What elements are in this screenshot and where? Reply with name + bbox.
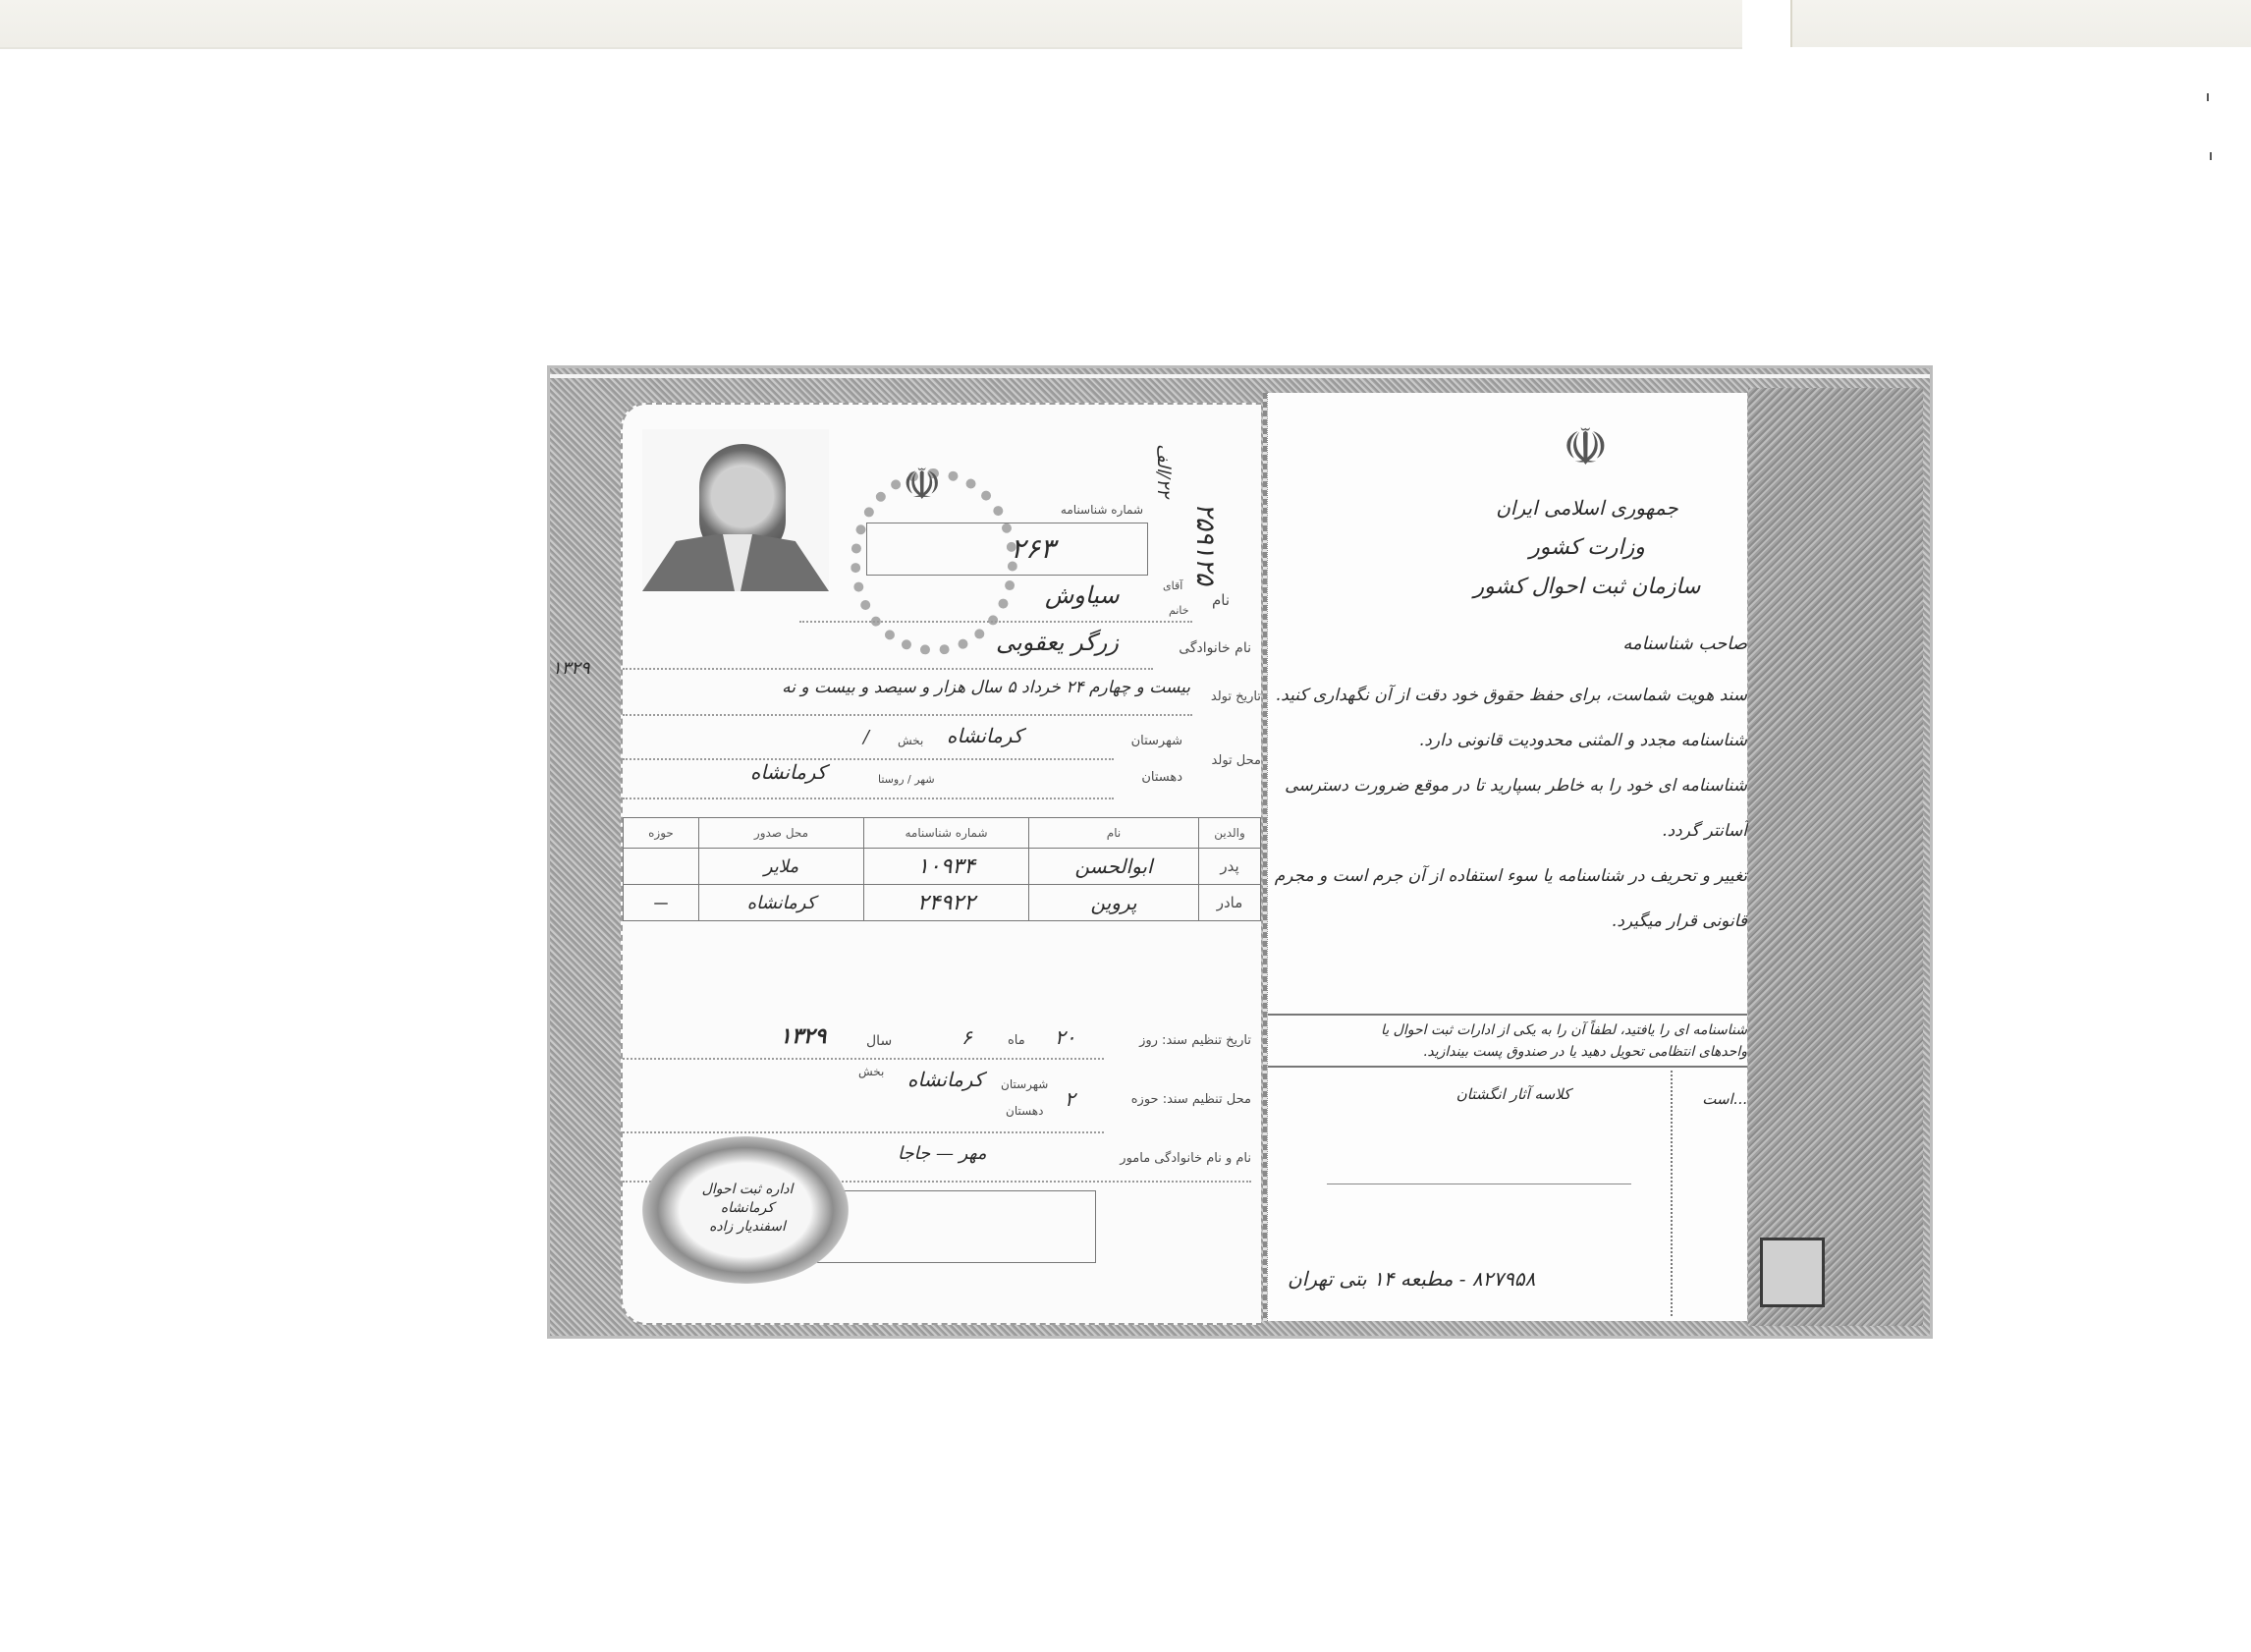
- header-organization: سازمان ثبت احوال کشور: [1445, 575, 1729, 599]
- officer-value: مهر — جاجا: [898, 1143, 987, 1164]
- dehestan-label: دهستان: [1114, 770, 1182, 785]
- title-mr: آقای: [1163, 579, 1182, 592]
- series-code: ۲۲/الف: [1153, 444, 1174, 498]
- header-ministry: وزارت کشور: [1464, 535, 1710, 560]
- left-page: ☫ ۲۲/الف ۲۵۹۱۲۵ شماره شناسنامه ۲۶۳ نام آ…: [621, 403, 1261, 1325]
- serial-number: ۲۵۹۱۲۵: [1190, 503, 1220, 585]
- birth-date-value: بیست و چهارم ۲۴ خرداد ۵ سال هزار و سیصد …: [623, 678, 1190, 697]
- signature-box: [817, 1190, 1096, 1263]
- birth-year-margin: ۱۳۲۹: [552, 658, 590, 679]
- scan-top-edge-left: [0, 0, 1742, 49]
- first-name-value: سیاوش: [1045, 581, 1120, 609]
- table-header-row: والدین نام شماره شناسنامه محل صدور حوزه: [624, 818, 1261, 849]
- notice-title: صاحب شناسنامه: [1513, 633, 1747, 654]
- title-ms: خانم: [1169, 604, 1189, 617]
- issue-date-label: تاریخ تنظیم سند: روز: [1104, 1033, 1251, 1048]
- corner-stamp-icon: [1760, 1238, 1825, 1307]
- parents-table: والدین نام شماره شناسنامه محل صدور حوزه …: [623, 817, 1261, 921]
- fingerprint-label: کلاسه آثار انگشتان: [1386, 1085, 1641, 1103]
- header-country: جمهوری اسلامی ایران: [1464, 496, 1710, 520]
- issue-month-label: ماه: [1008, 1033, 1025, 1048]
- bakhsh-value: /: [863, 727, 869, 747]
- shahrestan-value: کرمانشاه: [947, 724, 1022, 747]
- shahr-label: شهر / روستا: [878, 773, 935, 786]
- lost-notice: شناسنامه ای را یافتید، لطفاً آن را به یک…: [1268, 1019, 1747, 1063]
- table-row: مادر پروین ۲۴۹۲۲ کرمانشاه —: [624, 885, 1261, 921]
- scan-speck: [2207, 93, 2209, 101]
- scan-top-edge-right: [1790, 0, 2251, 47]
- issue-hawzeh: ۲: [1065, 1087, 1075, 1111]
- table-row: پدر ابوالحسن ۱۰۹۳۴ ملایر: [624, 849, 1261, 885]
- family-name-label: نام خانوادگی: [1153, 640, 1251, 656]
- officer-label: نام و نام خانوادگی مامور: [1035, 1151, 1251, 1166]
- family-name-value: زرگر یعقوبی: [996, 629, 1119, 656]
- first-name-label: نام: [1212, 591, 1230, 609]
- issue-shahrestan-label: شهرستان: [1001, 1077, 1048, 1091]
- bakhsh-label: بخش: [898, 734, 923, 747]
- id-number-box: [866, 523, 1148, 576]
- portrait-photo: [642, 429, 829, 591]
- issue-place-label: محل تنظیم سند: حوزه: [1104, 1092, 1251, 1107]
- id-number-label: شماره شناسنامه: [996, 503, 1143, 517]
- scan-speck: [2210, 152, 2212, 160]
- right-page: ☫ جمهوری اسلامی ایران وزارت کشور سازمان …: [1267, 393, 1747, 1321]
- notice-text: سند هویت شماست، برای حفظ حقوق خود دقت از…: [1268, 673, 1747, 944]
- issue-dehestan-label: دهستان: [1006, 1104, 1043, 1118]
- shahrestan-label: شهرستان: [1114, 734, 1182, 748]
- side-fragment: ...است: [1680, 1090, 1747, 1108]
- issue-month: ۶: [961, 1025, 972, 1049]
- issue-day: ۲۰: [1055, 1025, 1075, 1049]
- emblem-of-iran-icon: ☫: [1563, 422, 1609, 473]
- id-document: ☫ ۲۲/الف ۲۵۹۱۲۵ شماره شناسنامه ۲۶۳ نام آ…: [550, 368, 1930, 1336]
- emblem-of-iran-icon: ☫: [903, 464, 941, 507]
- document-cover-edge: [1748, 388, 1923, 1326]
- issue-year: ۱۳۲۹: [780, 1023, 826, 1049]
- issue-shahrestan: کرمانشاه: [907, 1068, 983, 1091]
- shahr-value: کرمانشاه: [750, 760, 826, 784]
- printer-line: ۸۲۷۹۵۸ - مطبعه ۱۴ بتی تهران: [1288, 1267, 1661, 1291]
- issue-bakhsh-label: بخش: [858, 1065, 884, 1078]
- id-number-value: ۲۶۳: [1011, 532, 1055, 565]
- birth-date-label: تاریخ تولد: [1192, 689, 1261, 704]
- seal-text: اداره ثبت احوال کرمانشاه اسفندیار زاده: [684, 1181, 811, 1237]
- birth-place-label: محل تولد: [1192, 753, 1261, 768]
- issue-year-label: سال: [866, 1033, 892, 1049]
